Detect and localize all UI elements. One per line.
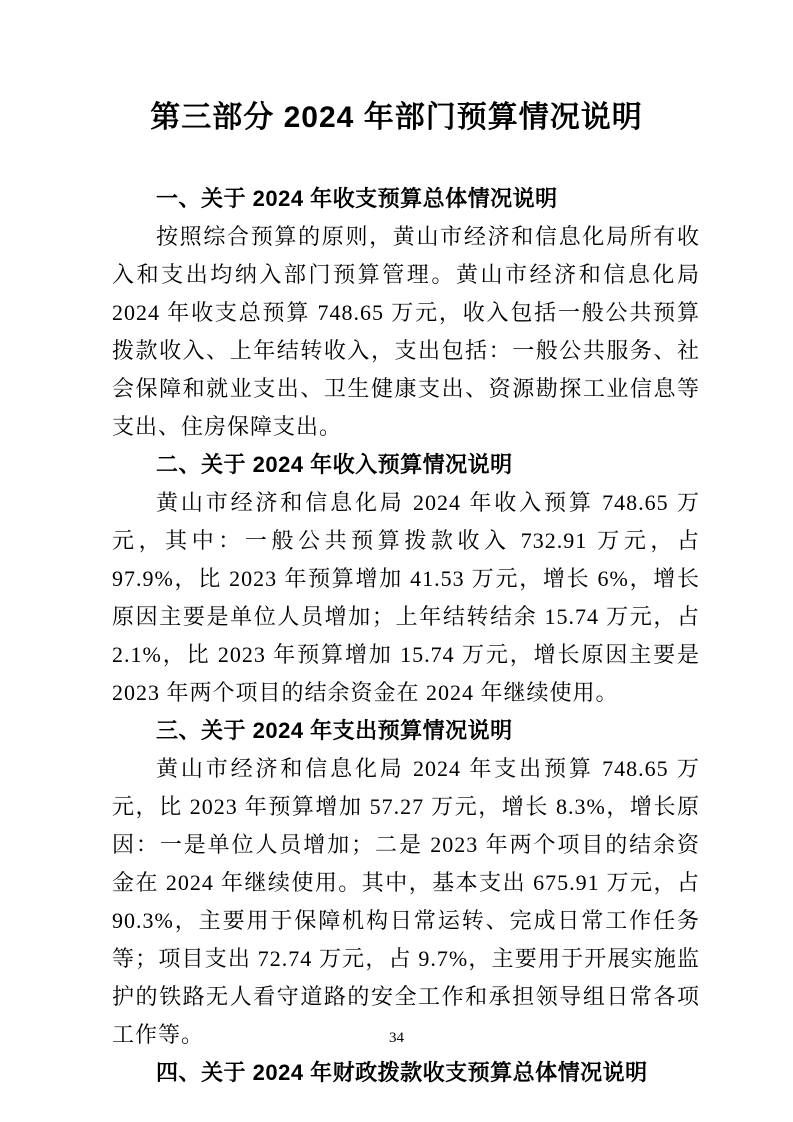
section-heading-income-expense-overview: 一、关于 2024 年收支预算总体情况说明 xyxy=(112,180,700,218)
section-heading-expense-budget: 三、关于 2024 年支出预算情况说明 xyxy=(112,712,700,750)
paragraph-income-budget: 黄山市经济和信息化局 2024 年收入预算 748.65 万元，其中：一般公共预… xyxy=(112,484,700,712)
paragraph-income-expense-overview: 按照综合预算的原则，黄山市经济和信息化局所有收入和支出均纳入部门预算管理。黄山市… xyxy=(112,218,700,446)
document-body: 一、关于 2024 年收支预算总体情况说明 按照综合预算的原则，黄山市经济和信息… xyxy=(112,180,700,1092)
page-title: 第三部分 2024 年部门预算情况说明 xyxy=(0,98,793,138)
paragraph-expense-budget: 黄山市经济和信息化局 2024 年支出预算 748.65 万元，比 2023 年… xyxy=(112,750,700,1054)
section-heading-income-budget: 二、关于 2024 年收入预算情况说明 xyxy=(112,446,700,484)
section-heading-fiscal-appropriation-overview: 四、关于 2024 年财政拨款收支预算总体情况说明 xyxy=(112,1054,700,1092)
page-number: 34 xyxy=(0,1028,793,1048)
document-page: 第三部分 2024 年部门预算情况说明 一、关于 2024 年收支预算总体情况说… xyxy=(0,0,793,1122)
